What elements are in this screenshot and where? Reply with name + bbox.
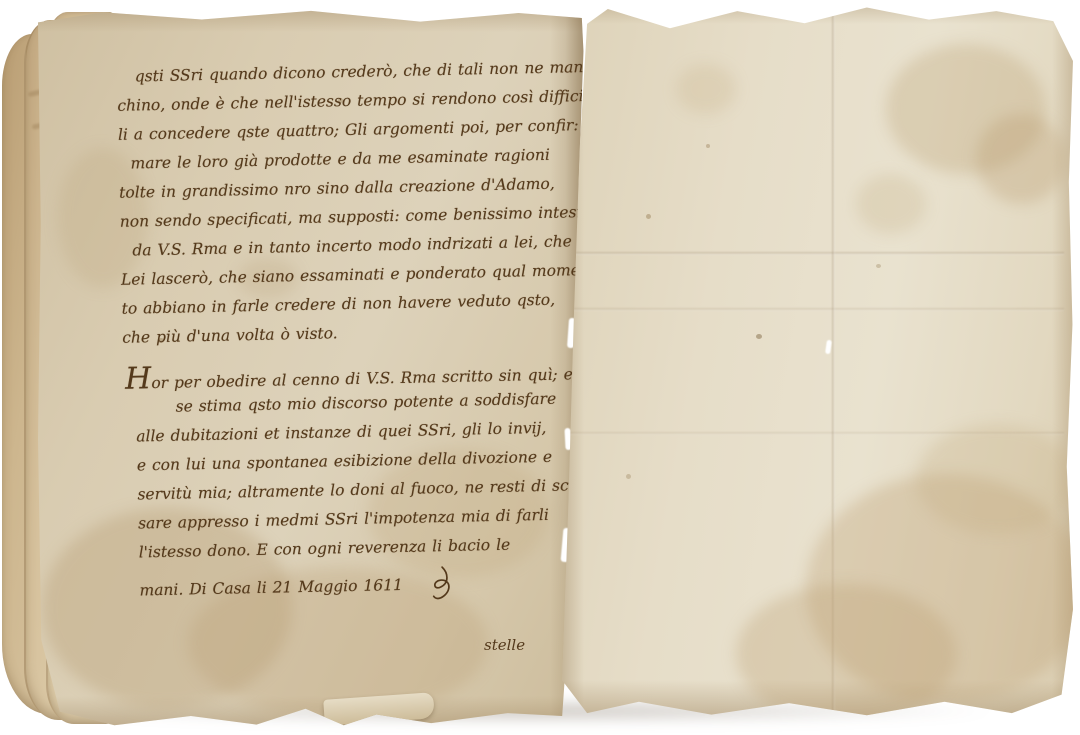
water-stain (736, 584, 956, 724)
water-stain (916, 424, 1076, 534)
foxing-stain (856, 174, 926, 234)
foxing-spot (756, 334, 762, 339)
foxing-spot (626, 474, 631, 479)
paraph-flourish-icon (428, 565, 455, 614)
foxing-spot (646, 214, 651, 219)
foxing-spot (706, 144, 710, 148)
foxing-spot (876, 264, 881, 268)
left-page: qsti SSri quando dicono crederò, che di … (38, 8, 584, 726)
page-edge-shading (38, 8, 584, 32)
foxing-stain (976, 114, 1066, 204)
foxing-stain (676, 64, 736, 114)
catchword: stelle (484, 636, 525, 654)
crease-crack (825, 340, 832, 355)
fold-crease (566, 308, 1063, 311)
right-page (556, 4, 1074, 716)
photograph-of-manuscript: qsti SSri quando dicono crederò, che di … (0, 0, 1080, 735)
page-edge-shading (556, 4, 1074, 24)
handwritten-text-block: qsti SSri quando dicono crederò, che di … (116, 53, 583, 596)
fold-crease (566, 252, 1063, 255)
